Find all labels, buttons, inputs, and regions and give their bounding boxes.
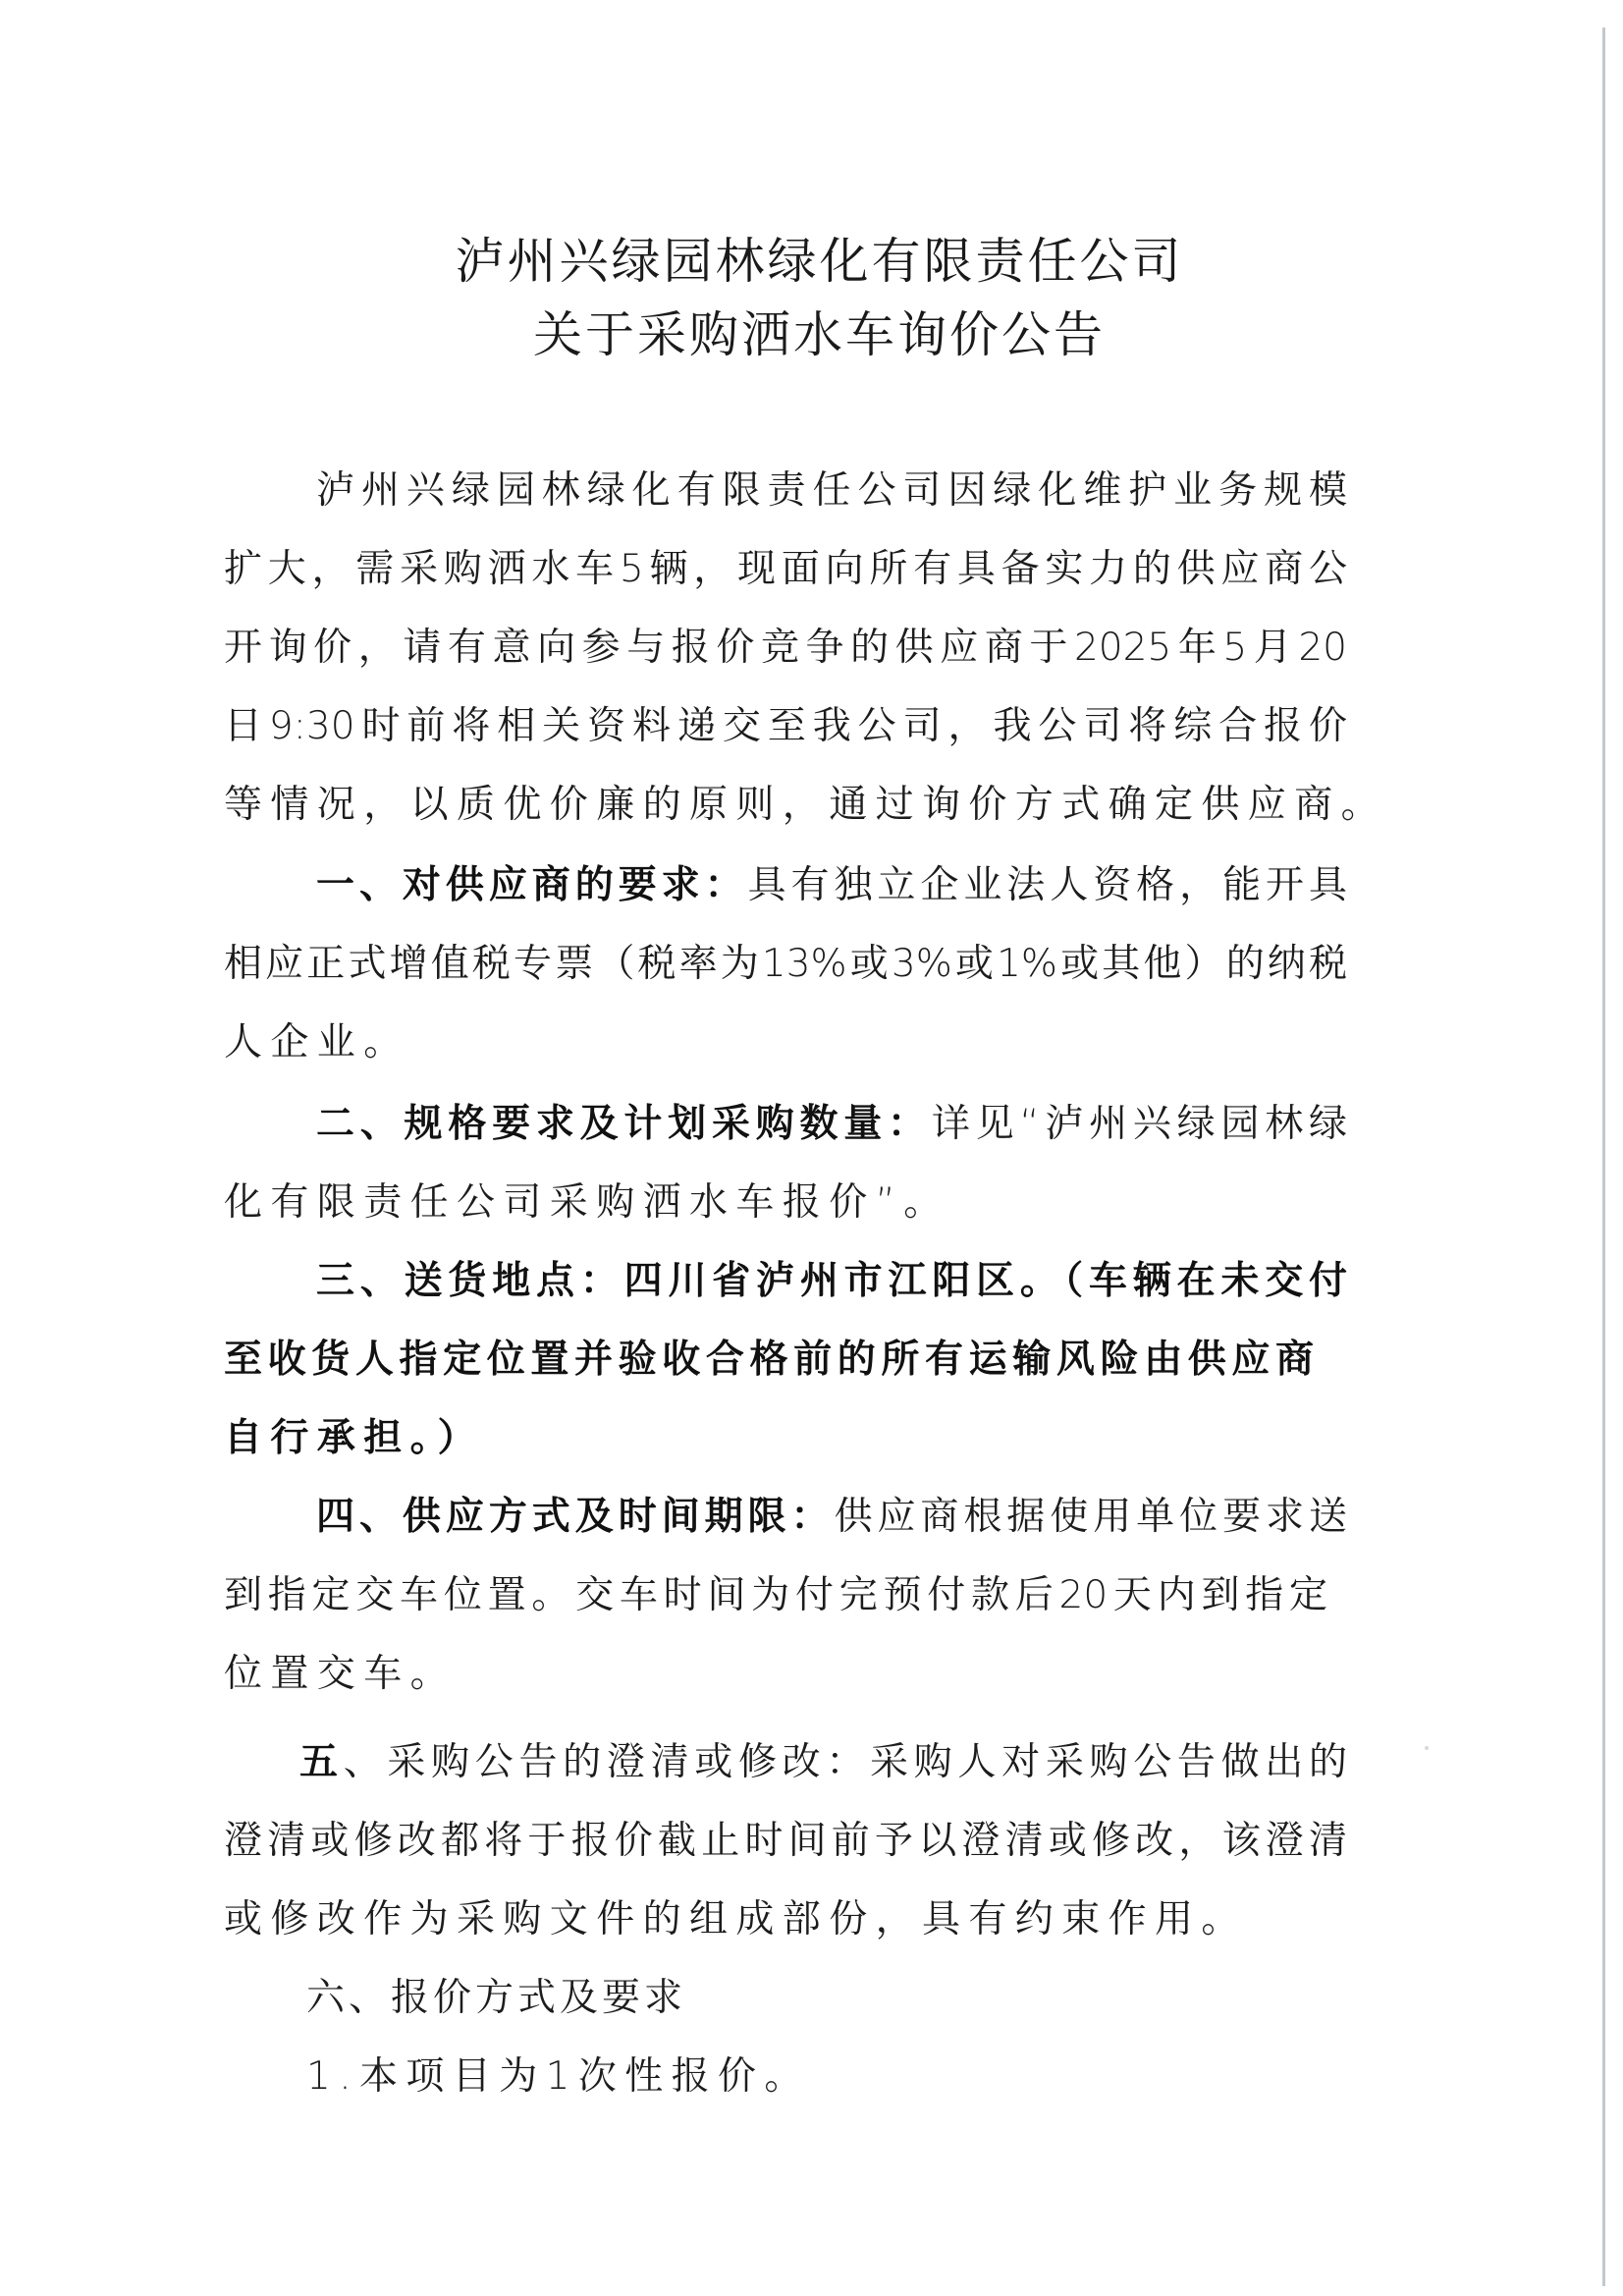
section-5-line: 澄清或修改都将于报价截止时间前予以澄清或修改，该澄清 xyxy=(224,1812,1347,1871)
section-1-heading: 一、对供应商的要求： xyxy=(316,863,748,907)
section-4-first-line: 四、供应方式及时间期限：供应商根据使用单位要求送 xyxy=(316,1488,1347,1547)
section-2-heading: 二、规格要求及计划采购数量： xyxy=(316,1102,932,1146)
scan-speck xyxy=(1425,1746,1429,1750)
section-3-heading: 三、送货地点： xyxy=(316,1259,624,1303)
section-4-line: 到指定交车位置。交车时间为付完预付款后20天内到指定 xyxy=(224,1566,1327,1625)
section-2-line: 化有限责任公司采购洒水车报价”。 xyxy=(224,1174,1347,1232)
section-5-heading-number: 五 xyxy=(299,1740,344,1784)
intro-line: 开询价，请有意向参与报价竞争的供应商于2025年5月20 xyxy=(224,619,1347,678)
section-3-line: 至收货人指定位置并验收合格前的所有运输风险由供应商 xyxy=(224,1331,1314,1390)
intro-line: 泸州兴绿园林绿化有限责任公司因绿化维护业务规模 xyxy=(316,462,1347,520)
intro-line: 扩大，需采购洒水车5辆，现面向所有具备实力的供应商公 xyxy=(224,540,1347,599)
intro-line: 日9:30时前将相关资料递交至我公司，我公司将综合报价 xyxy=(224,697,1347,756)
section-3-text: 四川省泸州市江阳区。（车辆在未交付 xyxy=(624,1259,1347,1303)
section-6-heading: 六、报价方式及要求 xyxy=(306,1969,1337,2028)
section-5-heading: 、采购公告的澄清或修改： xyxy=(344,1740,870,1784)
section-5-line: 或修改作为采购文件的组成部份，具有约束作用。 xyxy=(224,1890,1347,1949)
section-1-line: 人企业。 xyxy=(224,1013,1347,1072)
section-5-first-line: 五、采购公告的澄清或修改：采购人对采购公告做出的 xyxy=(299,1733,1347,1792)
section-1-first-line: 一、对供应商的要求：具有独立企业法人资格，能开具 xyxy=(316,856,1347,915)
document-title-line1: 泸州兴绿园林绿化有限责任公司 xyxy=(0,232,1623,291)
section-1-line: 相应正式增值税专票（税率为13%或3%或1%或其他）的纳税 xyxy=(224,935,1347,994)
section-3-line: 自行承担。） xyxy=(224,1409,1347,1468)
section-4-line: 位置交车。 xyxy=(224,1645,1347,1704)
document-title-line2: 关于采购洒水车询价公告 xyxy=(0,305,1623,364)
section-2-first-line: 二、规格要求及计划采购数量：详见“泸州兴绿园林绿 xyxy=(316,1095,1347,1154)
section-2-text: 详见“泸州兴绿园林绿 xyxy=(932,1102,1347,1146)
scan-edge-line xyxy=(1602,27,1605,2286)
item-1: 1.本项目为1次性报价。 xyxy=(306,2048,1337,2106)
section-1-text: 具有独立企业法人资格，能开具 xyxy=(748,863,1347,907)
section-5-text: 采购人对采购公告做出的 xyxy=(870,1740,1347,1784)
intro-line: 等情况，以质优价廉的原则，通过询价方式确定供应商。 xyxy=(224,776,1347,835)
document-page: 泸州兴绿园林绿化有限责任公司 关于采购洒水车询价公告 泸州兴绿园林绿化有限责任公… xyxy=(0,0,1623,2296)
section-4-heading: 四、供应方式及时间期限： xyxy=(316,1495,834,1539)
section-3-first-line: 三、送货地点：四川省泸州市江阳区。（车辆在未交付 xyxy=(316,1252,1347,1311)
section-4-text: 供应商根据使用单位要求送 xyxy=(834,1495,1347,1539)
